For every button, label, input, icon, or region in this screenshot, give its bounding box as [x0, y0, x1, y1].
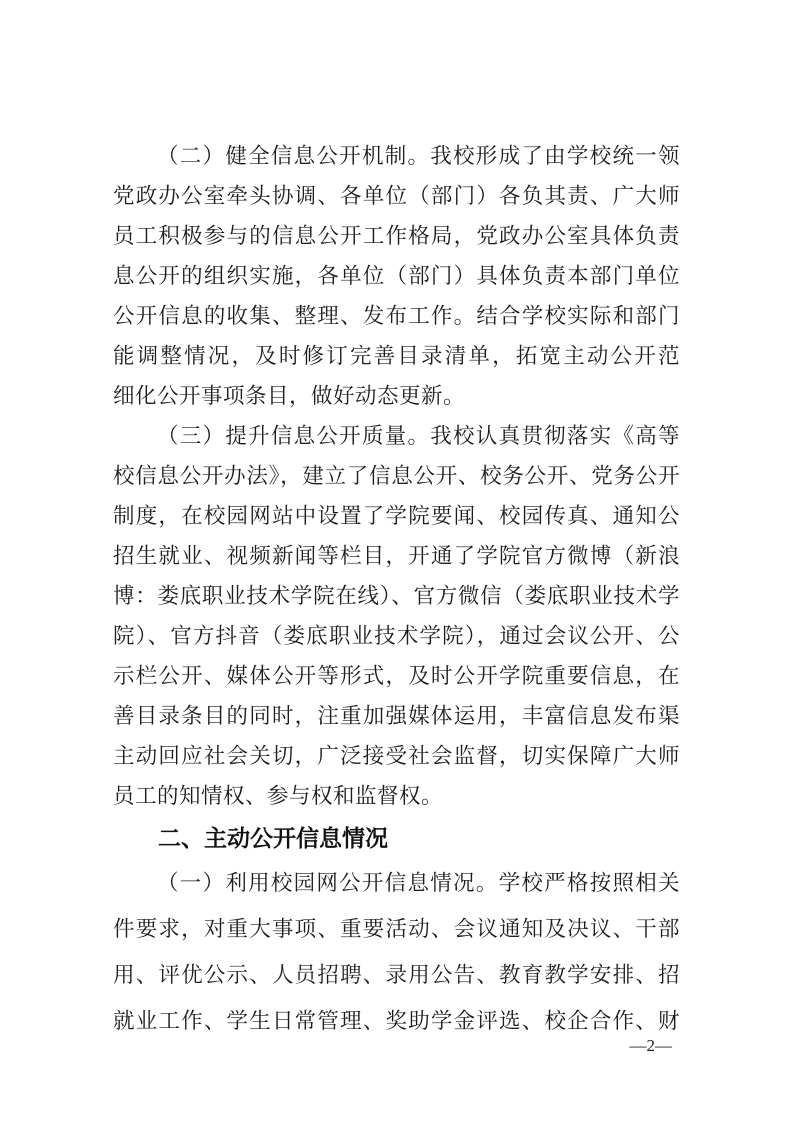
text-line: 细化公开事项条目，做好动态更新。 [113, 376, 680, 416]
text-line: （三）提升信息公开质量。我校认真贯彻落实《高等学 [113, 416, 680, 456]
text-line: 善目录条目的同时，注重加强媒体运用，丰富信息发布渠道， [113, 696, 680, 736]
text-line: 招生就业、视频新闻等栏目，开通了学院官方微博（新浪微 [113, 536, 680, 576]
heading-zhudong-gongkai-xinxi-qingkuang: 二、主动公开信息情况 [113, 816, 680, 860]
paragraph-jianquan-xinxi-gongkai-jizhi: （二）健全信息公开机制。我校形成了由学校统一领导、党政办公室牵头协调、各单位（部… [113, 136, 680, 416]
text-line: 主动回应社会关切，广泛接受社会监督，切实保障广大师生 [113, 736, 680, 776]
text-line: 能调整情况，及时修订完善目录清单，拓宽主动公开范围， [113, 336, 680, 376]
document-body: （二）健全信息公开机制。我校形成了由学校统一领导、党政办公室牵头协调、各单位（部… [113, 136, 680, 1044]
text-line: 员工积极参与的信息公开工作格局，党政办公室具体负责信 [113, 216, 680, 256]
text-line: 校信息公开办法》，建立了信息公开、校务公开、党务公开 [113, 456, 680, 496]
text-line: 用、评优公示、人员招聘、录用公告、教育教学安排、招生 [113, 952, 680, 998]
text-line: （一）利用校园网公开信息情况。学校严格按照相关文 [113, 860, 680, 906]
text-line: 员工的知情权、参与权和监督权。 [113, 776, 680, 816]
text-line: 示栏公开、媒体公开等形式，及时公开学院重要信息，在完 [113, 656, 680, 696]
text-line: 公开信息的收集、整理、发布工作。结合学校实际和部门职 [113, 296, 680, 336]
paragraph-tisheng-xinxi-gongkai-zhiliang: （三）提升信息公开质量。我校认真贯彻落实《高等学校信息公开办法》，建立了信息公开… [113, 416, 680, 816]
document-page: （二）健全信息公开机制。我校形成了由学校统一领导、党政办公室牵头协调、各单位（部… [0, 0, 793, 1122]
text-line: 制度，在校园网站中设置了学院要闻、校园传真、通知公告、 [113, 496, 680, 536]
text-line: 博：娄底职业技术学院在线）、官方微信（娄底职业技术学 [113, 576, 680, 616]
text-line: 党政办公室牵头协调、各单位（部门）各负其责、广大师生 [113, 176, 680, 216]
text-line: 就业工作、学生日常管理、奖助学金评选、校企合作、财务 [113, 998, 680, 1044]
text-line: 件要求，对重大事项、重要活动、会议通知及决议、干部聘 [113, 906, 680, 952]
page-number: —2— [630, 1036, 673, 1055]
paragraph-liyong-xiaoyuanwang-gongkai: （一）利用校园网公开信息情况。学校严格按照相关文件要求，对重大事项、重要活动、会… [113, 860, 680, 1044]
text-line: 院）、官方抖音（娄底职业技术学院），通过会议公开、公 [113, 616, 680, 656]
text-line: （二）健全信息公开机制。我校形成了由学校统一领导、 [113, 136, 680, 176]
page-footer: —2— [630, 1036, 673, 1060]
text-line: 息公开的组织实施，各单位（部门）具体负责本部门单位应 [113, 256, 680, 296]
